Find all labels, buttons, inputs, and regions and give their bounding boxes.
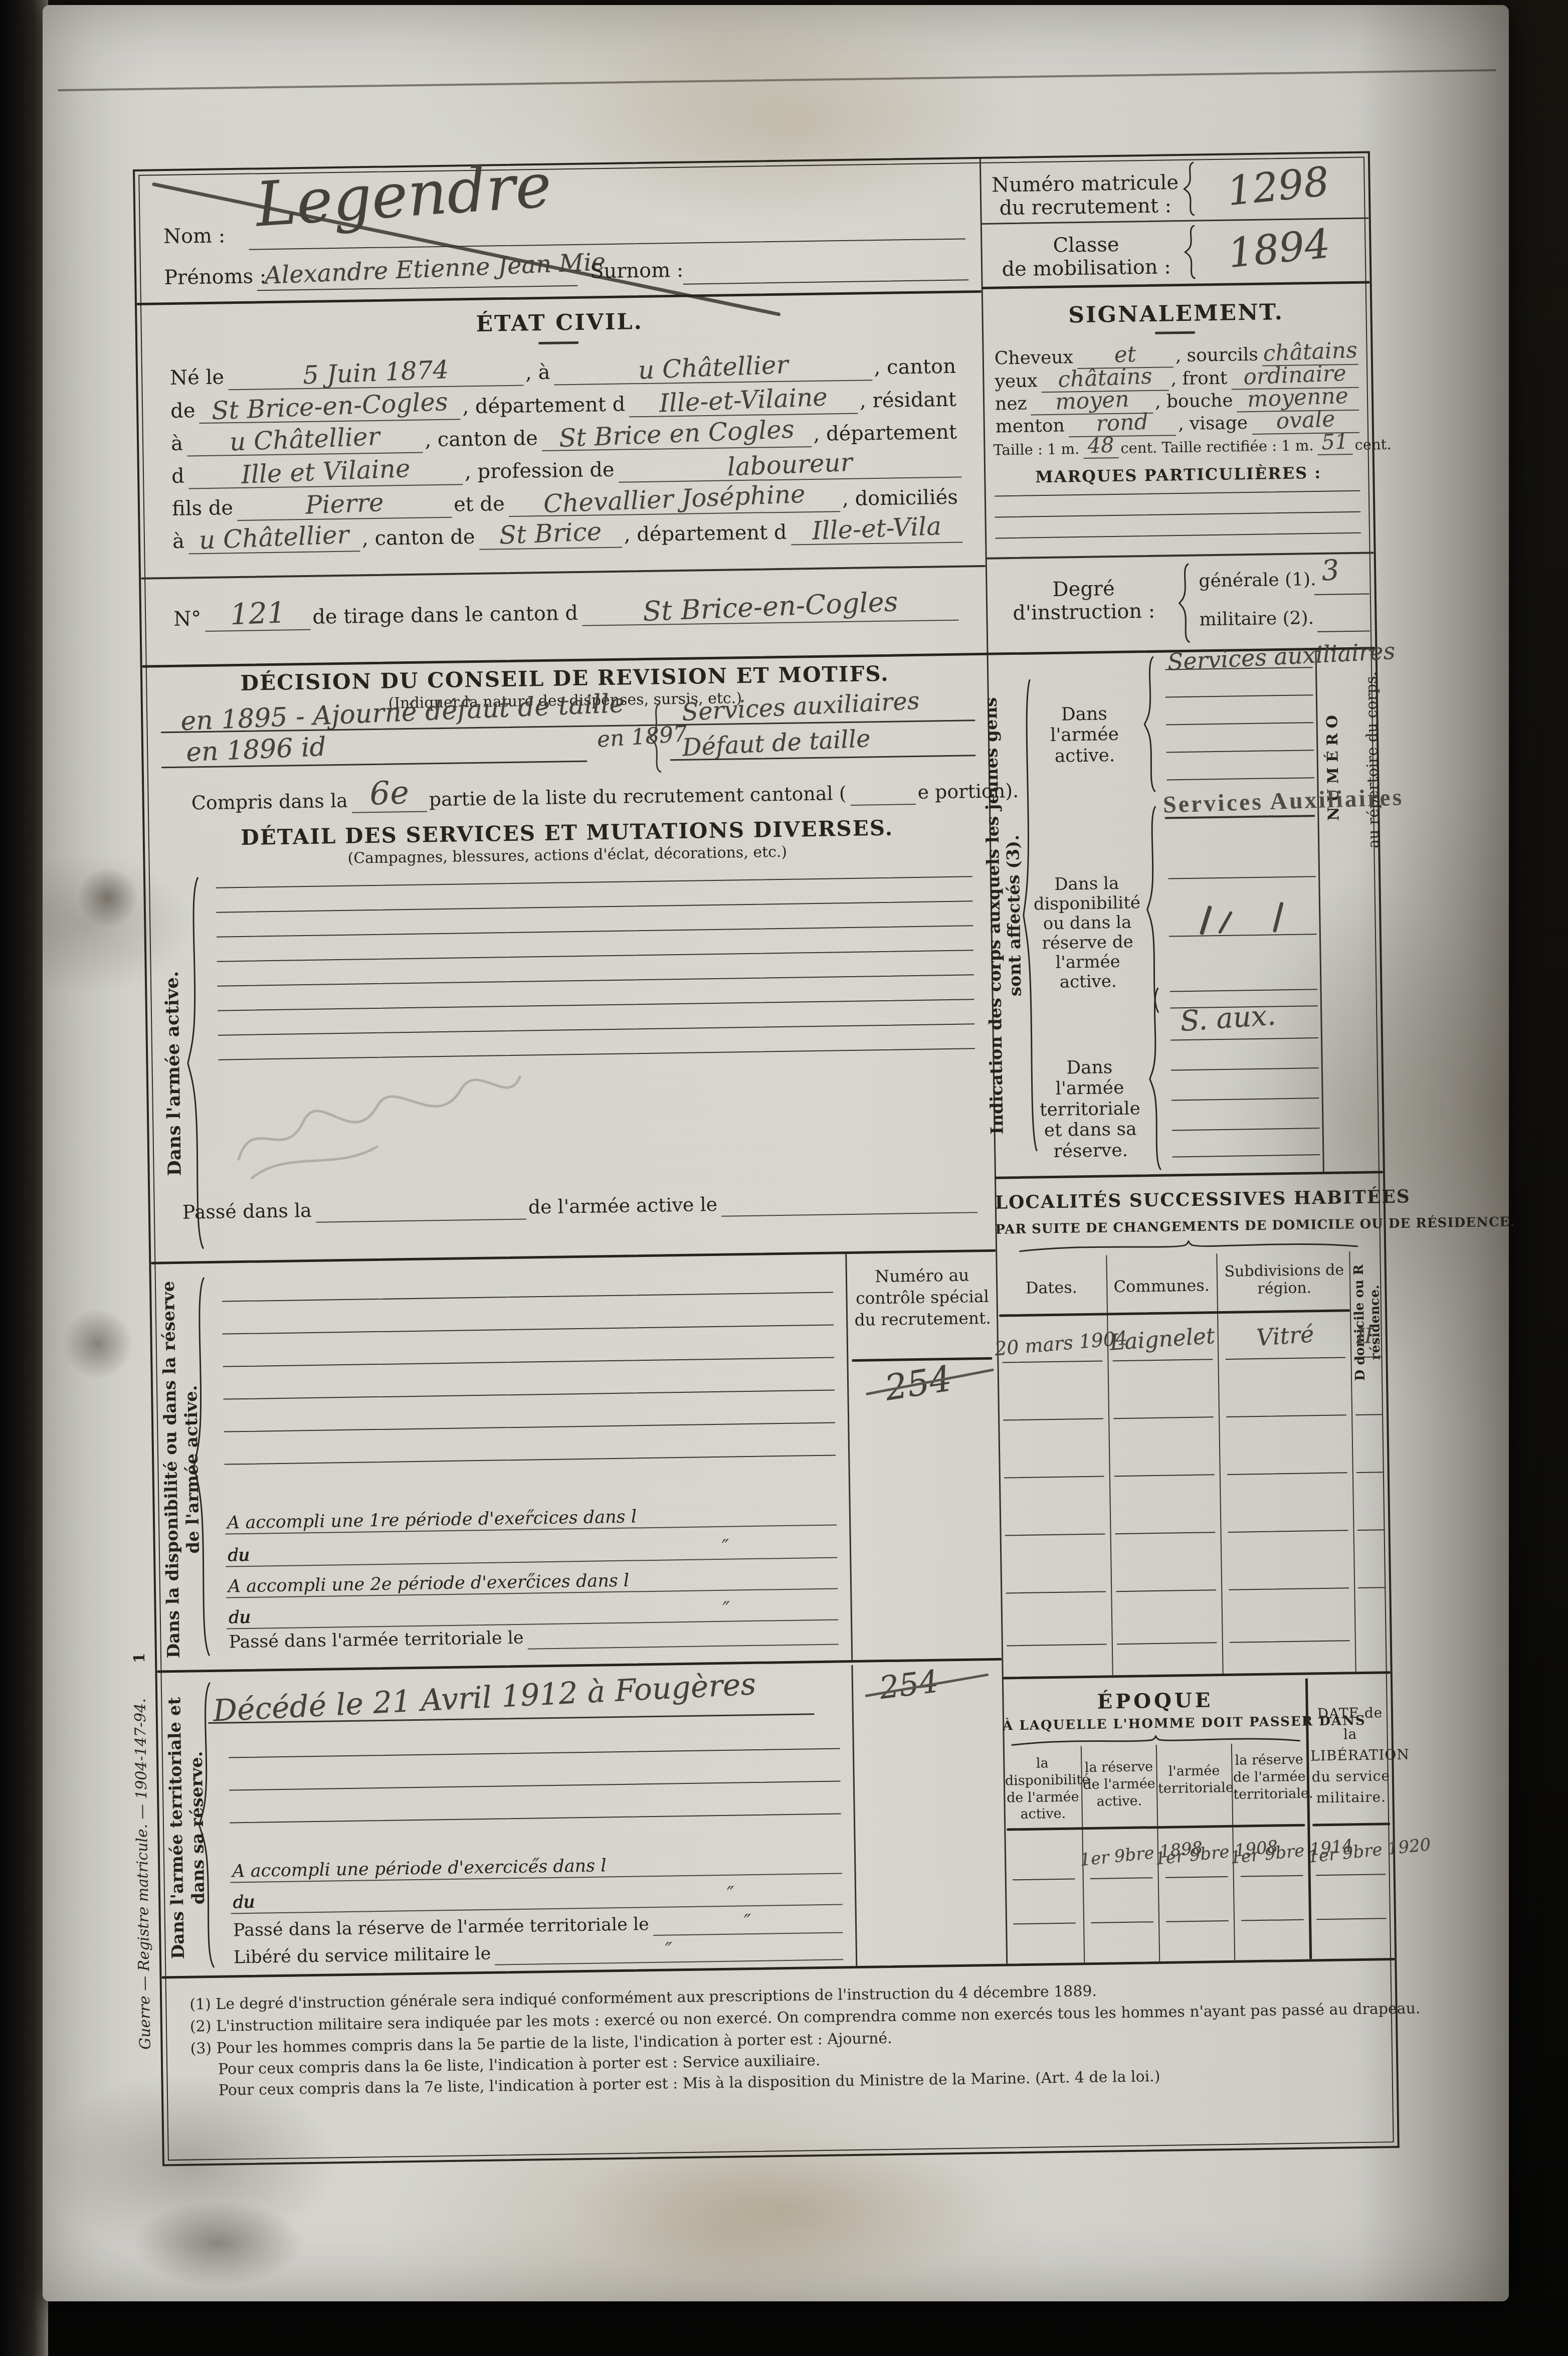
taille-value: 48 — [1087, 434, 1115, 458]
blank-line — [1166, 750, 1314, 753]
localites-top-rule — [995, 1171, 1383, 1179]
periode-1-dates-row: du au ″ — [226, 1535, 838, 1567]
blank-line — [1225, 1357, 1345, 1360]
blank-line — [1241, 1919, 1304, 1921]
etat-line-1: Né le 5 Juin 1874 , à u Châtellier , can… — [168, 351, 960, 391]
label-a: , à — [523, 360, 554, 386]
pen-stroke — [1273, 901, 1284, 933]
instruction-label: Degré d'instruction : — [993, 576, 1174, 625]
label-passe-territoriale: Passé dans l'armée territoriale le — [227, 1628, 528, 1654]
parents-canton: St Brice — [499, 518, 602, 550]
blank-line — [1003, 1418, 1103, 1421]
instruction-militaire-line — [1317, 630, 1370, 632]
label-ne-le: Né le — [168, 366, 229, 391]
tirage-canton-value: St Brice-en-Cogles — [642, 588, 898, 627]
territoriale-controle-divider — [851, 1665, 857, 1966]
col-header-domicile-residence: D domicile ou R résidence. — [1350, 1257, 1385, 1388]
instruction-generale-value: 3 — [1320, 554, 1340, 588]
label-et-de: et de — [452, 492, 509, 517]
corps-dispo-brace — [1144, 804, 1160, 1015]
blank-line — [1004, 1476, 1104, 1479]
classe-bottom-rule — [982, 281, 1370, 289]
matricule-form: Guerre — Registre matricule. — 1904-147-… — [133, 151, 1400, 2166]
register-page: Guerre — Registre matricule. — 1904-147-… — [43, 5, 1509, 2301]
blank-line — [1007, 1644, 1107, 1647]
blank-line — [1090, 1877, 1153, 1879]
scanned-register-sheet: { "page": {"imprint": "Guerre — Registre… — [0, 0, 1568, 2356]
blank-line — [217, 925, 973, 937]
ditto-mark: ″ — [532, 1855, 540, 1878]
corps-terr-brace — [1147, 986, 1162, 1172]
label-tirage-canton: de tirage dans le canton d — [310, 602, 582, 630]
parents-departement: Ille-et-Vila — [812, 513, 942, 546]
residence-canton: St Brice en Cogles — [558, 416, 795, 453]
blank-line — [229, 1780, 841, 1790]
blank-line — [1171, 1067, 1319, 1070]
book-spine — [0, 0, 48, 2356]
blank-line — [1116, 1589, 1216, 1592]
blank-line — [1113, 1416, 1214, 1419]
blank-line — [1170, 989, 1318, 992]
label-taille: Taille : 1 m. — [991, 440, 1083, 460]
label-departement-3: , département d — [622, 520, 791, 548]
margin-imprint: Guerre — Registre matricule. — 1904-147-… — [129, 1625, 155, 2077]
ditto-mark: ″ — [726, 1883, 735, 1906]
classe-label-2: de mobilisation : — [1002, 255, 1171, 281]
label-residant: , résidant — [858, 388, 961, 414]
libere-row: Libéré du service militaire le ″ — [232, 1937, 844, 1969]
label-cent: cent. — [1352, 436, 1395, 455]
blank-line — [224, 1455, 836, 1465]
label-canton: , canton — [872, 354, 960, 381]
birth-departement: Ille-et-Vilaine — [659, 384, 828, 418]
label-de-armee-active-le: de l'armée active le — [526, 1193, 721, 1220]
blank-line — [1006, 1591, 1106, 1594]
ditto-mark: ″ — [744, 1911, 752, 1934]
col-header-communes: Communes. — [1109, 1276, 1215, 1296]
corps-terr-label: Dans l'armée territoriale et dans sa rés… — [1033, 1056, 1147, 1162]
label-passe-reserve-territoriale: Passé dans la réserve de l'armée territo… — [231, 1914, 653, 1942]
periode-terr-dates-row: du au ″ — [231, 1882, 843, 1914]
label-profession: , profession de — [463, 458, 619, 485]
etat-civil-title: ÉTAT CIVIL. — [137, 304, 982, 342]
blank-line — [224, 1422, 835, 1432]
localites-flourish — [1018, 1237, 1359, 1253]
etat-civil-dash — [538, 341, 578, 344]
periode-terr-row: A accompli une période d'exercices dans … — [230, 1851, 842, 1883]
passe-reserve-terr-row: Passé dans la réserve de l'armée territo… — [231, 1910, 843, 1942]
label-de: de — [168, 399, 200, 424]
epoque-col3-header: l'armée territoriale. — [1157, 1762, 1231, 1797]
blank-line — [1117, 1642, 1217, 1645]
repertoire-strip-title: NUMÉRO — [1322, 695, 1344, 836]
blank-line — [1115, 1532, 1216, 1534]
mother-name: Chevallier Joséphine — [543, 481, 806, 518]
label-partie-liste: partie de la liste du recrutement canton… — [427, 782, 850, 812]
matricule-brace — [1183, 162, 1197, 216]
label-compris: Compris dans la — [189, 790, 352, 816]
blank-line — [1166, 722, 1314, 725]
corps-active-brace — [1142, 655, 1157, 793]
matricule-label-2: du recrutement : — [999, 194, 1171, 220]
nom-handwritten: Legendre — [254, 150, 554, 240]
label-au: au — [227, 1607, 255, 1629]
matricule-value: 1298 — [1206, 156, 1350, 217]
localites-subtitle: PAR SUITE DE CHANGEMENTS DE DOMICILE OU … — [995, 1217, 1384, 1237]
blank-line — [1114, 1474, 1215, 1477]
blank-line — [217, 950, 973, 962]
label-au: au — [231, 1892, 259, 1914]
tirage-number: 121 — [230, 597, 286, 631]
residence-departement: Ille et Vilaine — [241, 455, 411, 489]
blank-line — [222, 1292, 833, 1302]
marques-line-1 — [995, 490, 1360, 497]
blank-line — [1227, 1472, 1347, 1475]
label-canton-de: , canton de — [423, 426, 542, 453]
instruction-label-2: d'instruction : — [1013, 600, 1155, 625]
blank-line — [1168, 876, 1316, 879]
epoque-top-rule — [1002, 1671, 1391, 1679]
label-a3: à — [170, 529, 189, 555]
corps-active-label: Dans l'armée active. — [1028, 703, 1141, 767]
armee-active-bottom-rule — [151, 1249, 996, 1264]
blank-line — [1013, 1878, 1075, 1880]
epoque-col2-header: la réserve de l'armée active. — [1082, 1758, 1155, 1810]
localite-dr: II. — [1351, 1324, 1385, 1348]
decision-1896: en 1896 id — [185, 733, 327, 768]
instruction-generale-line — [1314, 593, 1369, 595]
tirage-row: N° 121 de tirage dans le canton d St Bri… — [171, 588, 959, 632]
nom-line — [249, 238, 965, 250]
blank-line — [1013, 1922, 1076, 1924]
marques-label: MARQUES PARTICULIÈRES : — [984, 463, 1373, 487]
blank-line — [1166, 777, 1314, 780]
ink-bleed-through — [218, 1045, 541, 1197]
blank-line — [1241, 1875, 1303, 1877]
label-a2: à — [169, 432, 187, 457]
blank-line — [1226, 1414, 1346, 1417]
periode-2-row: A accompli une 2e période d'exercices da… — [226, 1566, 838, 1598]
signalement-bottom-rule — [986, 552, 1374, 559]
blank-line — [216, 876, 972, 888]
surnom-label: Surnom : — [590, 259, 684, 283]
blank-line — [1169, 934, 1317, 937]
corps-vertical-label: Indication des corps auxquels les jeunes… — [990, 680, 1019, 1152]
blank-line — [1112, 1359, 1213, 1361]
blank-line — [1091, 1921, 1153, 1923]
ditto-mark: ″ — [527, 1507, 535, 1529]
ditto-mark: ″ — [665, 1939, 673, 1962]
label-au: au — [226, 1545, 254, 1567]
blank-line — [1166, 1920, 1229, 1922]
instruction-brace — [1178, 563, 1192, 643]
top-band-bottom-rule — [137, 290, 982, 305]
localites-col-divider — [1216, 1253, 1223, 1674]
periode-1-row: A accompli une 1re période d'exercices d… — [225, 1502, 837, 1534]
classe-brace — [1184, 225, 1198, 279]
paper-stain — [63, 1309, 133, 1379]
blank-line — [1172, 1128, 1320, 1131]
label-domicilies: , domiciliés — [840, 485, 962, 512]
blank-line — [1316, 1874, 1386, 1876]
decision-brace — [648, 702, 663, 773]
disponibilite-bottom-rule — [157, 1658, 1002, 1673]
blank-line — [216, 900, 973, 913]
blank-line — [218, 1023, 975, 1035]
localites-header-rule — [999, 1309, 1350, 1317]
label-departement-2: , département — [811, 420, 961, 447]
epoque-reserve-active-value: 1er 9bre 1898 — [1079, 1843, 1161, 1870]
label-passe-dans-la: Passé dans la — [180, 1199, 316, 1225]
blank-line — [1230, 1640, 1350, 1643]
blank-line — [1356, 1472, 1384, 1473]
epoque-date-header: DATE de la LIBÉRATION du service militai… — [1310, 1702, 1392, 1808]
taille-rectifiee-value: 51 — [1321, 430, 1349, 454]
controle-label-rule — [852, 1357, 992, 1362]
epoque-col4-header: la réserve de l'armée territoriale. — [1233, 1751, 1306, 1803]
residence-place: u Châtellier — [229, 423, 380, 456]
ditto-mark: ″ — [528, 1570, 536, 1593]
localite-date: 20 mars 1904 — [994, 1329, 1108, 1361]
page-top-crease — [58, 69, 1496, 91]
birth-date: 5 Juin 1874 — [302, 356, 449, 390]
blank-line — [218, 1048, 975, 1060]
birth-canton: St Brice-en-Cogles — [211, 389, 448, 425]
imprint-text: Guerre — Registre matricule. — 1904-147-… — [131, 1698, 154, 2050]
passe-armee-active-row: Passé dans la de l'armée active le — [180, 1189, 978, 1225]
marques-line-3 — [995, 532, 1361, 539]
etat-line-6: à u Châtellier , canton de St Brice , dé… — [170, 514, 963, 555]
epoque-date-header-rule — [1312, 1823, 1390, 1826]
localites-col-divider — [1106, 1255, 1113, 1675]
pen-stroke — [1200, 905, 1212, 936]
blank-line — [229, 1748, 840, 1758]
label-canton-de-2: , canton de — [360, 525, 479, 552]
blank-line — [1005, 1534, 1105, 1536]
blank-line — [1170, 1037, 1318, 1040]
classe-label: Classe de mobilisation : — [988, 232, 1184, 281]
blank-line — [218, 999, 974, 1011]
ditto-mark: ″ — [721, 1536, 730, 1559]
controle-label: Numéro au contrôle spécial du recrutemen… — [851, 1264, 995, 1331]
blank-line — [1165, 1876, 1228, 1878]
paper-stain — [133, 2201, 303, 2286]
epoque-subtitle: À LAQUELLE L'HOMME DOIT PASSER DANS — [1003, 1715, 1308, 1734]
nom-label: Nom : — [163, 224, 226, 248]
sig-row-taille: Taille : 1 m. 48 cent. Taille rectifiée … — [991, 431, 1365, 460]
col-header-dates: Dates. — [999, 1278, 1104, 1298]
blank-line — [1316, 1918, 1387, 1920]
prenoms-label: Prénoms : — [164, 265, 267, 289]
blank-line — [230, 1813, 841, 1823]
corps-dispo-label: Dans la disponibilité ou dans la réserve… — [1030, 873, 1144, 993]
epoque-title: ÉPOQUE — [1002, 1688, 1308, 1715]
epoque-header-rule — [1007, 1824, 1305, 1831]
blank-line — [1165, 694, 1313, 697]
father-name: Pierre — [305, 489, 384, 520]
blank-line — [1171, 1098, 1319, 1101]
instruction-generale-label: générale (1). — [1199, 569, 1316, 592]
blank-line — [222, 1325, 834, 1335]
blank-line — [1172, 1154, 1320, 1157]
birth-place: u Châtellier — [638, 351, 789, 385]
pen-stroke — [1218, 911, 1233, 935]
classe-value: 1894 — [1207, 219, 1351, 279]
profession: laboureur — [727, 449, 853, 481]
epoque-col1-header: la disponibilité de l'armée active. — [1005, 1754, 1081, 1823]
ditto-mark: ″ — [722, 1598, 731, 1621]
classe-label-1: Classe — [1053, 233, 1119, 257]
blank-line — [1228, 1530, 1348, 1533]
compris-row: Compris dans la 6e partie de la liste du… — [189, 769, 931, 816]
signalement-title: SIGNALEMENT. — [982, 298, 1370, 329]
label-departement: , département d — [460, 393, 629, 420]
matricule-label-1: Numéro matricule — [992, 171, 1179, 197]
label-d: d — [169, 464, 188, 489]
blank-line — [1355, 1414, 1383, 1415]
blank-line — [223, 1357, 834, 1367]
blank-line — [217, 974, 974, 986]
label-fils-de: fils de — [170, 496, 238, 521]
blank-line — [1002, 1361, 1102, 1363]
blank-line — [223, 1389, 835, 1399]
compris-partie-value: 6e — [369, 776, 410, 812]
col-header-subdivisions: Subdivisions de région. — [1222, 1261, 1347, 1298]
matricule-label: Numéro matricule du recrutement : — [987, 171, 1183, 220]
label-numero-tirage: N° — [171, 607, 206, 632]
repertoire-strip-subtitle: au répertoire du corps. — [1361, 654, 1384, 865]
decision-1897: en 1897 — [596, 721, 688, 753]
blank-line — [1358, 1587, 1385, 1588]
marques-line-2 — [995, 511, 1360, 518]
localite-subdivision: Vitré — [1222, 1319, 1348, 1354]
blank-line — [1357, 1529, 1385, 1531]
label-libere-service: Libéré du service militaire le — [232, 1944, 495, 1969]
prenoms-handwritten: Alexandre Etienne Jean Mie — [264, 248, 606, 290]
tirage-top-rule — [141, 565, 986, 580]
signalement-dash — [1155, 331, 1195, 334]
parents-place: u Châtellier — [199, 521, 349, 555]
page-number: 1 — [130, 1653, 148, 1663]
instruction-label-1: Degré — [1052, 577, 1115, 601]
label-taille-rectifiee: cent. Taille rectifiée : 1 m. — [1118, 437, 1318, 458]
corps-terr-value: S. aux. — [1179, 999, 1277, 1038]
paper-stain — [78, 867, 138, 928]
blank-line — [1229, 1587, 1349, 1590]
surnom-line — [683, 279, 968, 284]
instruction-militaire-label: militaire (2). — [1199, 608, 1314, 630]
localites-title: LOCALITÉS SUCCESSIVES HABITÉES — [995, 1187, 1384, 1213]
